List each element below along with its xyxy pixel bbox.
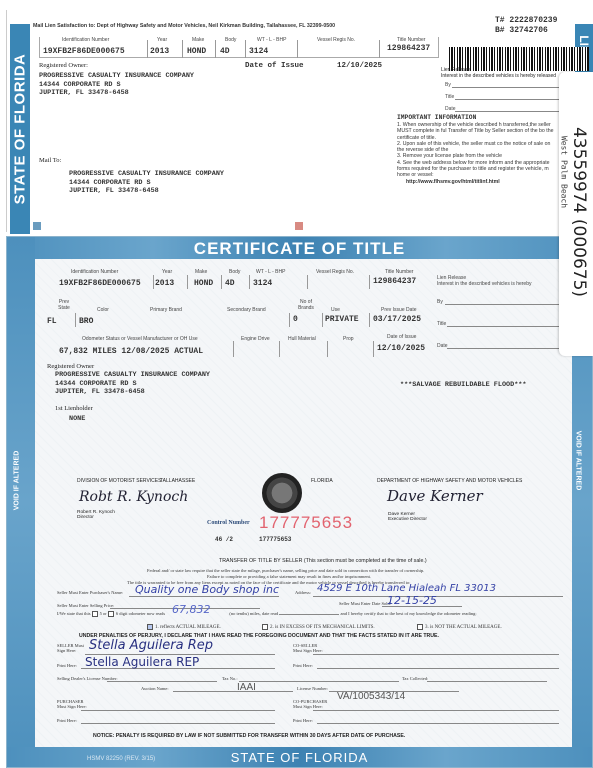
by-line[interactable]: [452, 87, 562, 88]
value-wt: 3124: [253, 279, 272, 288]
label-wt: WT - L - BHP: [256, 269, 285, 275]
no-tenths-label: (no tenths) miles, date read: [229, 611, 278, 616]
label-color: Color: [97, 307, 109, 313]
cert-owner: PROGRESSIVE CASUALTY INSURANCE COMPANY 1…: [55, 371, 210, 397]
license-number-value: VA/1005343/14: [337, 691, 405, 702]
value-prev-issue-date: 03/17/2025: [373, 315, 421, 324]
date-sold-value: 12-15-25: [387, 594, 437, 607]
not-actual-checkbox[interactable]: [417, 624, 423, 630]
mail-to-line: PROGRESSIVE CASUALTY INSURANCE COMPANY: [69, 170, 224, 179]
city-name: TALLAHASSEE: [160, 478, 195, 484]
label-coseller-sign: CO-SELLER Must Sign Here:: [293, 643, 327, 653]
control-number-label: Control Number: [207, 520, 250, 526]
label-body: Body: [229, 269, 240, 275]
label-primary-brand: Primary Brand: [150, 307, 182, 313]
transfer-heading: TRANSFER OF TITLE BY SELLER (This sectio…: [219, 558, 427, 564]
label-hull-material: Hull Material: [288, 336, 316, 342]
label-prev-issue-date: Prev Issue Date: [381, 307, 417, 313]
option-label: 3. is NOT THE ACTUAL MILEAGE.: [425, 625, 502, 630]
owner-line: PROGRESSIVE CASUALTY INSURANCE COMPANY: [39, 72, 194, 81]
coseller-signature-field[interactable]: [313, 654, 559, 655]
mileage-option-3[interactable]: 3. is NOT THE ACTUAL MILEAGE.: [417, 624, 502, 630]
label-secondary-brand: Secondary Brand: [227, 307, 266, 313]
certificate-of-title: CERTIFICATE OF TITLE VOID IF ALTERED VOI…: [6, 236, 593, 768]
control-number-small: 177775653: [259, 536, 291, 543]
auction-name-value: IAAI: [237, 682, 256, 693]
dealer-license-field[interactable]: [107, 681, 217, 682]
owner-line: PROGRESSIVE CASUALTY INSURANCE COMPANY: [55, 371, 210, 380]
odometer-statement: I/We state that this 5 or 6 digit odomet…: [57, 611, 477, 617]
division-name: DIVISION OF MOTORIST SERVICES: [77, 478, 161, 484]
batch-number: 46 /2: [215, 536, 233, 543]
director-title: Director: [77, 515, 115, 520]
odometer-reading-value: 67,832: [172, 603, 211, 616]
b-number: B# 32742706: [495, 26, 548, 35]
label-title: Title: [437, 321, 446, 327]
department-name: DEPARTMENT OF HIGHWAY SAFETY AND MOTOR V…: [377, 478, 522, 484]
label-seller-sign: SELLER Must Sign Here:: [57, 643, 85, 653]
purchaser-print-field[interactable]: [81, 723, 275, 724]
seller-print-value: Stella Aguilera REP: [85, 655, 199, 669]
value-title-number: 129864237: [387, 44, 430, 53]
value-odometer: 67,832 MILES 12/08/2025 ACTUAL: [59, 347, 203, 356]
label-id-number: Identification Number: [71, 269, 118, 275]
copurchaser-print-field[interactable]: [317, 723, 559, 724]
label-year: Year: [157, 37, 167, 43]
lien-stub: STATE OF FLORIDA LIEN Mail Lien Satisfac…: [6, 10, 593, 232]
important-item: 2. Upon sale of this vehicle, the seller…: [397, 141, 557, 154]
label-vessel: Vessel Regis No.: [317, 37, 355, 43]
value-wt: 3124: [249, 47, 268, 56]
address-value: 4529 E 10th Lane Hialeah FL 33013: [317, 583, 496, 594]
label-first-lienholder: 1st Lienholder: [55, 405, 93, 412]
state-band-text: STATE OF FLORIDA: [12, 54, 29, 205]
option-label: 1. reflects ACTUAL MILEAGE.: [155, 625, 221, 630]
five-digit-label: 5 or: [100, 611, 107, 616]
label-by: By: [437, 299, 443, 305]
date-line[interactable]: [447, 348, 560, 349]
label-use: Use: [331, 307, 340, 313]
label-mail-to: Mail To:: [39, 157, 61, 164]
tax-collected-field[interactable]: [427, 681, 547, 682]
value-make: HOND: [194, 279, 213, 288]
coseller-print-field[interactable]: [317, 668, 559, 669]
certify-text: and I hereby certify that to the best of…: [341, 611, 477, 616]
label-purchaser-name: Seller Must Enter Purchaser's Name:: [57, 590, 123, 595]
label-by: By: [445, 82, 451, 88]
lien-release-text: Interest in the described vehicles is he…: [441, 73, 556, 79]
six-digit-checkbox[interactable]: [108, 611, 114, 617]
actual-mileage-checkbox[interactable]: [147, 624, 153, 630]
sticker-number: 43559974 (000675): [569, 127, 589, 297]
value-no-of-brands: 0: [293, 315, 298, 324]
void-if-altered-right: VOID IF ALTERED: [574, 431, 581, 491]
address-field[interactable]: [313, 596, 563, 597]
label-address: Address:: [295, 590, 311, 595]
registration-mark-red: [295, 222, 303, 230]
label-no-of-brands: No of Brands: [295, 299, 317, 311]
purchaser-signature-field[interactable]: [81, 710, 275, 711]
exec-title: Executive Director: [388, 517, 427, 522]
label-prev-state: Prev State: [54, 299, 74, 311]
owner-line: 14344 CORPORATE RD S: [55, 380, 210, 389]
stub-owner: PROGRESSIVE CASUALTY INSURANCE COMPANY 1…: [39, 72, 194, 98]
value-title-number: 129864237: [373, 277, 416, 286]
purchaser-name-value: Quality one Body shop inc: [135, 583, 279, 596]
stub-lien-release: Lien Release Interest in the described v…: [441, 67, 556, 79]
six-digit-label: 6 digit odometer now reads: [116, 611, 165, 616]
label-license-number: License Number:: [297, 686, 328, 691]
lien-release-text: Interest in the described vehicles is he…: [437, 281, 532, 287]
title-line[interactable]: [455, 99, 562, 100]
label-auction-name: Auction Name:: [141, 686, 169, 691]
important-url[interactable]: http://www.flhsmv.gov/html/titlinf.html: [397, 179, 557, 185]
cert-bottom-border: STATE OF FLORIDA HSMV 82250 (REV. 3/15): [7, 747, 592, 767]
label-title: Title: [445, 94, 454, 100]
control-number: 177775653: [259, 513, 353, 533]
cert-top-border: CERTIFICATE OF TITLE: [7, 237, 592, 259]
label-tax-no: Tax No.:: [222, 676, 238, 681]
important-list: 1. When ownership of the vehicle describ…: [397, 122, 557, 185]
mileage-option-1[interactable]: 1. reflects ACTUAL MILEAGE.: [147, 624, 221, 630]
value-id-number: 19XFB2F86DE000675: [59, 279, 141, 288]
label-copurchaser-print: Print Here:: [293, 718, 313, 723]
cert-title: CERTIFICATE OF TITLE: [7, 239, 592, 259]
value-year: 2013: [150, 47, 169, 56]
label-wt: WT - L - BHP: [257, 37, 286, 43]
value-use: PRIVATE: [325, 315, 359, 324]
value-year: 2013: [155, 279, 174, 288]
label-copurchaser-sign: CO-PURCHASER Must Sign Here:: [293, 699, 333, 709]
mileage-option-2[interactable]: 2. is IN EXCESS OF ITS MECHANICAL LIMITS…: [262, 624, 375, 630]
label-tax-collected: Tax Collected:: [402, 676, 428, 681]
important-heading: IMPORTANT INFORMATION: [397, 114, 476, 121]
copurchaser-signature-field[interactable]: [313, 710, 559, 711]
void-if-altered-left: VOID IF ALTERED: [13, 451, 20, 511]
form-number: HSMV 82250 (REV. 3/15): [87, 756, 155, 762]
registration-mark-blue: [33, 222, 41, 230]
value-color: BRO: [79, 317, 93, 326]
office-sticker: 43559974 (000675) West Palm Beach: [559, 72, 593, 356]
label-date: Date: [437, 343, 448, 349]
owner-line: JUPITER, FL 33478-6458: [55, 388, 210, 397]
important-item: 4. See the web address below for more in…: [397, 160, 557, 179]
mail-to-address: PROGRESSIVE CASUALTY INSURANCE COMPANY 1…: [69, 170, 224, 196]
label-odometer: Odometer Status or Vessel Manufacturer o…: [82, 336, 198, 342]
penalty-notice: NOTICE: PENALTY IS REQUIRED BY LAW IF NO…: [93, 733, 405, 739]
five-digit-checkbox[interactable]: [92, 611, 98, 617]
by-line[interactable]: [445, 304, 560, 305]
transfer-law-1: Federal and/ or state law require that t…: [147, 568, 424, 573]
label-make: Make: [192, 37, 204, 43]
seller-signature-value: Stella Aguilera Rep: [89, 638, 213, 653]
tax-no-field[interactable]: [239, 681, 399, 682]
label-selling-price: Seller Must Enter Selling Price:: [57, 603, 114, 608]
value-date-of-issue: 12/10/2025: [337, 62, 382, 70]
label-seller-print: Print Here:: [57, 663, 77, 668]
transfer-law-2: Failure to complete or providing a false…: [207, 574, 371, 579]
owner-line: 14344 CORPORATE RD S: [39, 81, 194, 90]
executive-signature: Dave Kerner: [387, 487, 483, 505]
label-make: Make: [195, 269, 207, 275]
owner-line: JUPITER, FL 33478-6458: [39, 89, 194, 98]
label-vessel: Vessel Regis No.: [316, 269, 354, 275]
label-date-of-issue: Date of Issue: [387, 334, 416, 340]
label-purchaser-sign: PURCHASER Must Sign Here:: [57, 699, 91, 709]
label-registered-owner: Registered Owner: [47, 363, 94, 370]
value-prev-state: FL: [47, 317, 57, 326]
label-purchaser-print: Print Here:: [57, 718, 77, 723]
exec-block: Dave Kerner Executive Director: [388, 512, 427, 522]
value-body: 4D: [220, 47, 230, 56]
mail-to-line: 14344 CORPORATE RD S: [69, 179, 224, 188]
purchaser-name-field[interactable]: [129, 596, 279, 597]
brand-note: ***SALVAGE REBUILDABLE FLOOD***: [400, 381, 526, 389]
director-signature: Robt R. Kynoch: [79, 489, 188, 505]
important-item: 1. When ownership of the vehicle describ…: [397, 122, 557, 141]
label-engine-drive: Engine Drive: [241, 336, 270, 342]
label-title-number: Title Number: [397, 37, 425, 43]
date-line[interactable]: [455, 111, 562, 112]
value-body: 4D: [225, 279, 235, 288]
label-title-number: Title Number: [385, 269, 413, 275]
value-date-of-issue: 12/10/2025: [377, 344, 425, 353]
value-first-lienholder: NONE: [69, 415, 85, 423]
label-registered-owner: Registered Owner:: [39, 62, 88, 69]
label-date: Date: [445, 106, 456, 112]
label-prop: Prop: [343, 336, 354, 342]
auction-name-field[interactable]: [173, 691, 293, 692]
sticker-location: West Palm Beach: [560, 136, 569, 208]
label-coseller-print: Print Here:: [293, 663, 313, 668]
mail-lien-header: Mail Lien Satisfaction to: Dept of Highw…: [33, 23, 335, 29]
state-band: STATE OF FLORIDA: [10, 24, 30, 234]
cert-left-border: VOID IF ALTERED: [7, 237, 35, 767]
excess-mileage-checkbox[interactable]: [262, 624, 268, 630]
state-seal-icon: [262, 473, 302, 513]
value-id-number: 19XFB2F86DE000675: [43, 47, 125, 56]
option-label: 2. is IN EXCESS OF ITS MECHANICAL LIMITS…: [270, 625, 375, 630]
state-name: FLORIDA: [311, 478, 333, 484]
label-date-of-issue: Date of Issue: [245, 62, 304, 70]
t-number: T# 2222870239: [495, 16, 557, 25]
mail-to-line: JUPITER, FL 33478-6458: [69, 187, 224, 196]
label-year: Year: [162, 269, 172, 275]
odometer-statement-text: I/We state that this: [57, 611, 91, 616]
value-make: HOND: [187, 47, 206, 56]
label-id-number: Identification Number: [62, 37, 109, 43]
cert-lien-release: Lien Release Interest in the described v…: [437, 275, 532, 287]
director-block: Robert R. Kynoch Director: [77, 510, 115, 520]
label-body: Body: [225, 37, 236, 43]
title-line[interactable]: [447, 326, 560, 327]
